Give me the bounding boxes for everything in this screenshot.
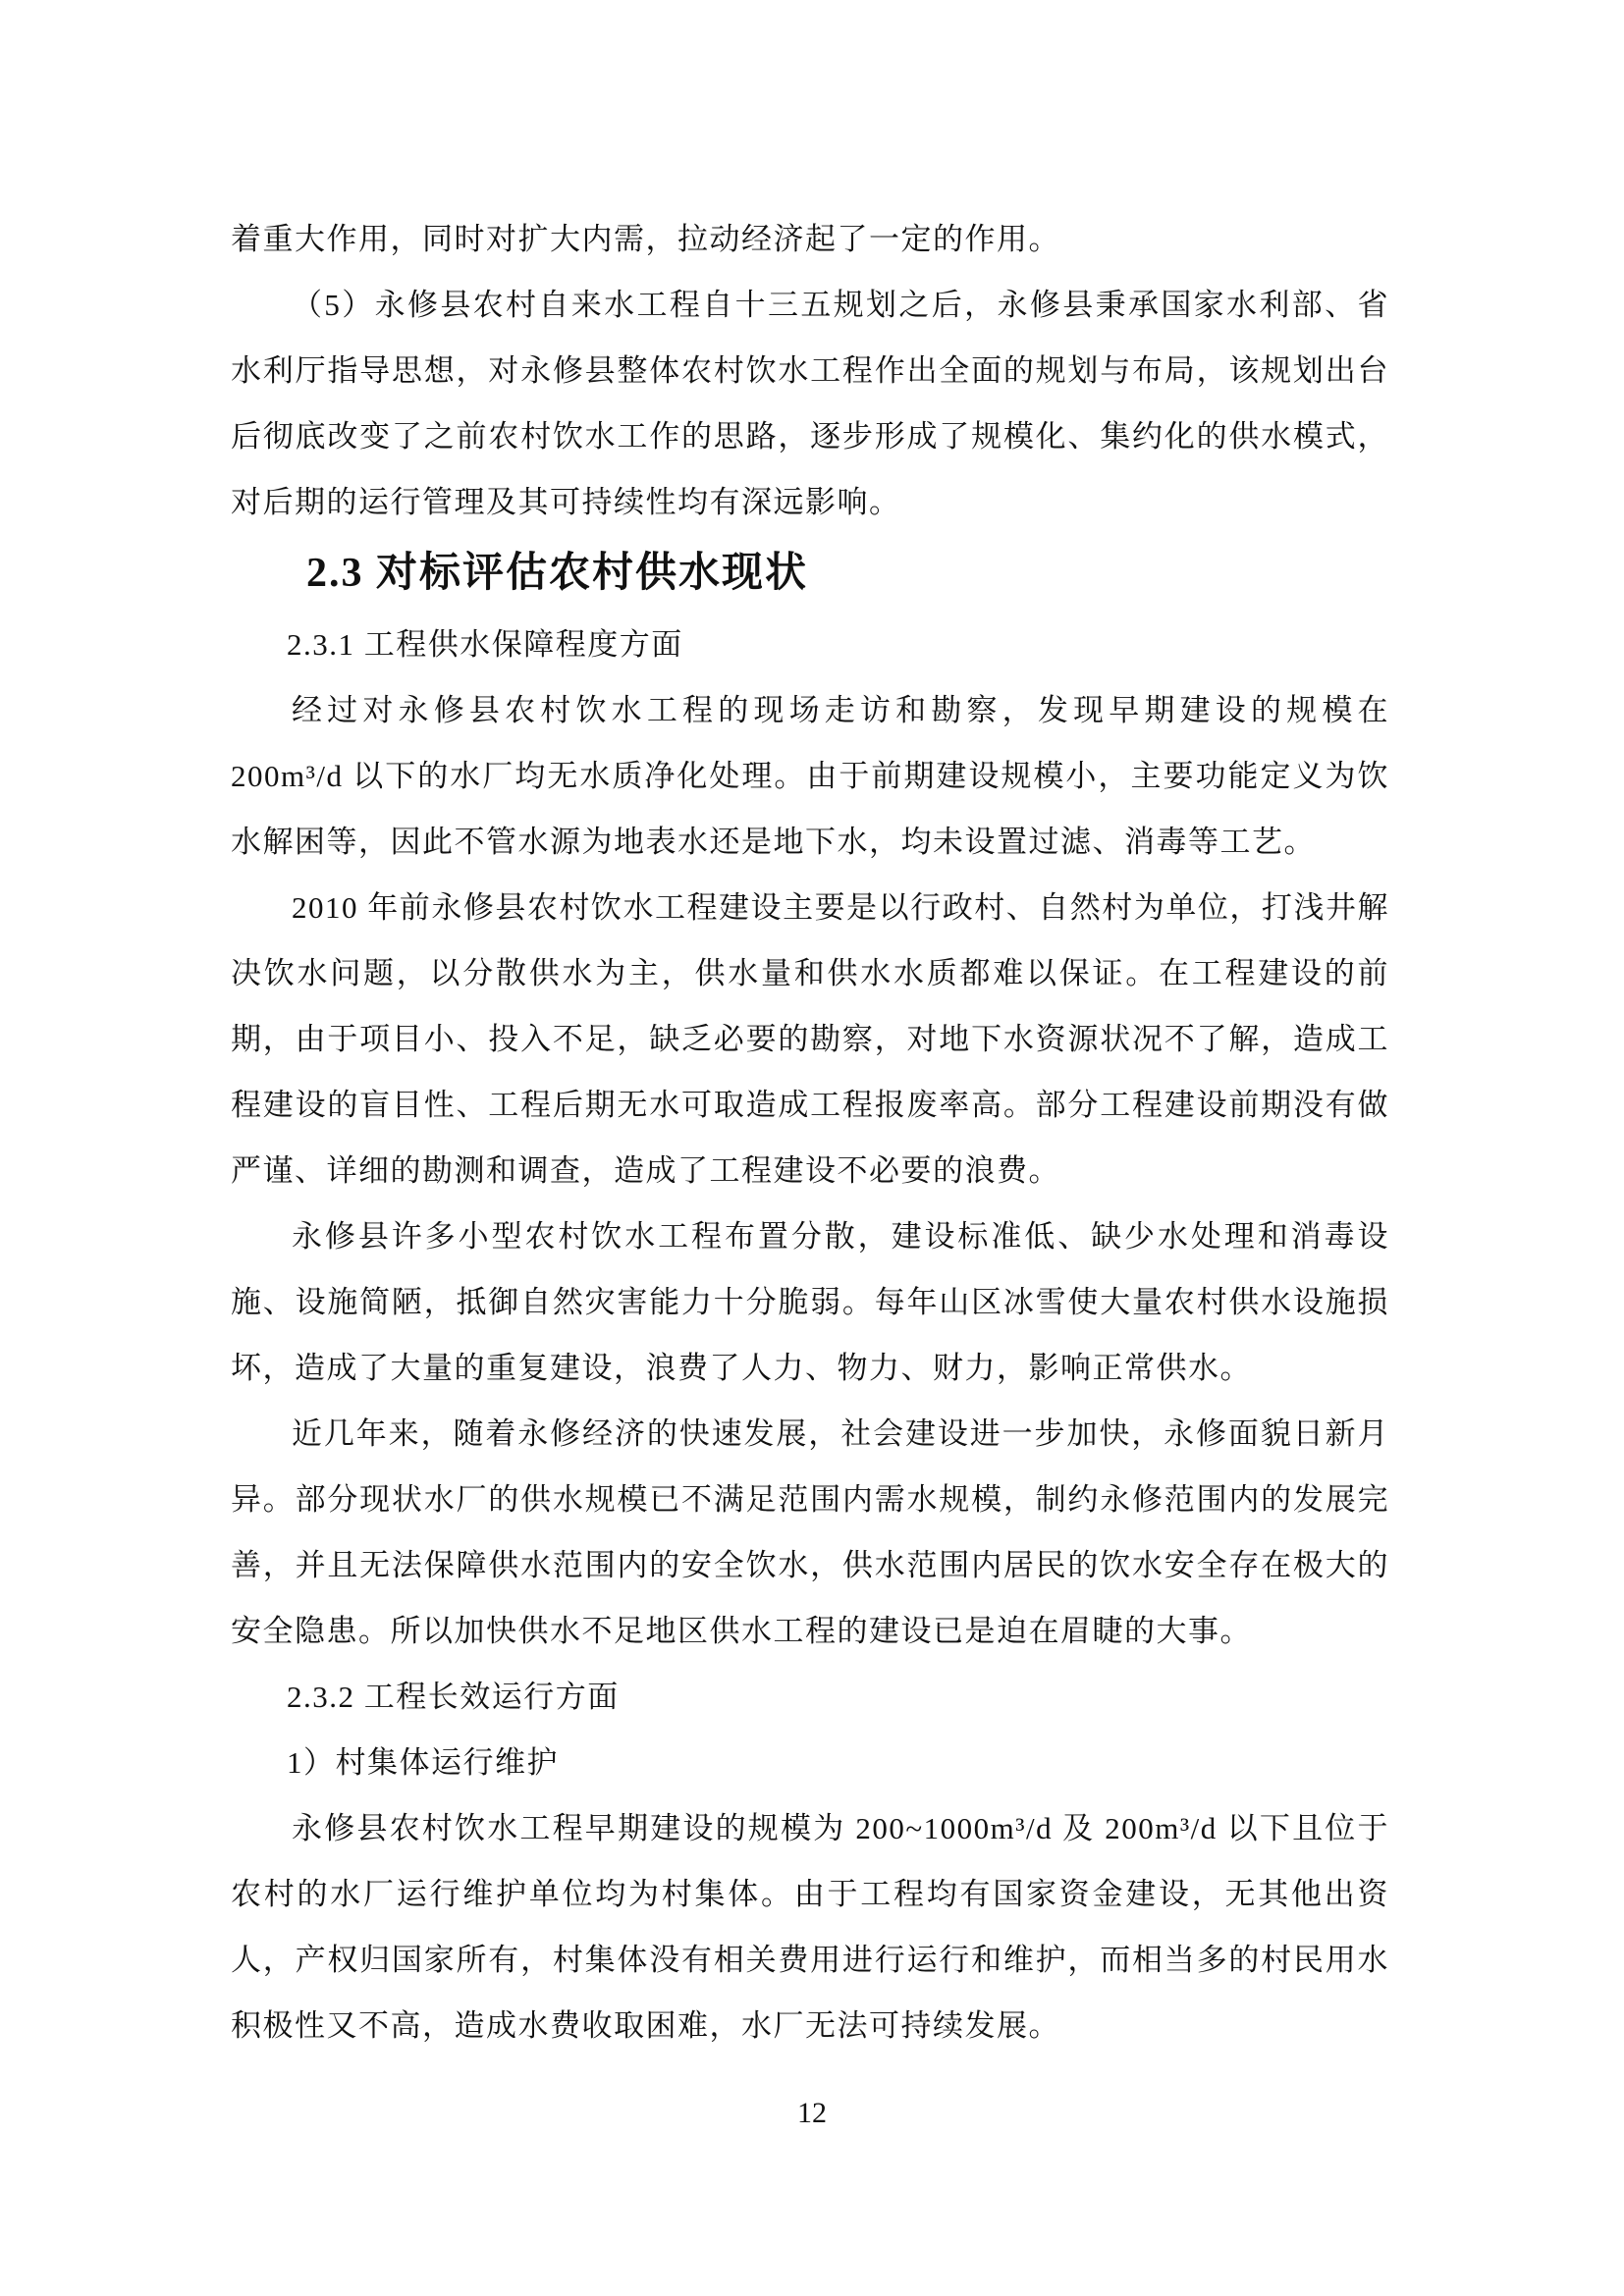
document-page: 着重大作用，同时对扩大内需，拉动经济起了一定的作用。 （5）永修县农村自来水工程… xyxy=(0,0,1624,2296)
paragraph-survey: 经过对永修县农村饮水工程的现场走访和勘察，发现早期建设的规模在 200m³/d … xyxy=(231,677,1389,875)
page-number: 12 xyxy=(0,2089,1624,2138)
subsection-heading-2-3-1: 2.3.1 工程供水保障程度方面 xyxy=(231,612,1389,677)
paragraph-continuation: 着重大作用，同时对扩大内需，拉动经济起了一定的作用。 xyxy=(231,206,1389,272)
paragraph-2010-history: 2010 年前永修县农村饮水工程建设主要是以行政村、自然村为单位，打浅井解决饮水… xyxy=(231,875,1389,1203)
document-body: 着重大作用，同时对扩大内需，拉动经济起了一定的作用。 （5）永修县农村自来水工程… xyxy=(231,206,1389,2058)
section-heading-2-3: 2.3 对标评估农村供水现状 xyxy=(231,535,1389,612)
subsection-heading-2-3-2: 2.3.2 工程长效运行方面 xyxy=(231,1664,1389,1730)
list-item-village-maintenance: 1）村集体运行维护 xyxy=(231,1730,1389,1795)
paragraph-recent-years: 近几年来，随着永修经济的快速发展，社会建设进一步加快，永修面貌日新月异。部分现状… xyxy=(231,1401,1389,1664)
paragraph-item-5: （5）永修县农村自来水工程自十三五规划之后，永修县秉承国家水利部、省水利厅指导思… xyxy=(231,272,1389,535)
paragraph-village-operations: 永修县农村饮水工程早期建设的规模为 200~1000m³/d 及 200m³/d… xyxy=(231,1795,1389,2058)
paragraph-small-projects: 永修县许多小型农村饮水工程布置分散，建设标准低、缺少水处理和消毒设施、设施简陋，… xyxy=(231,1203,1389,1401)
